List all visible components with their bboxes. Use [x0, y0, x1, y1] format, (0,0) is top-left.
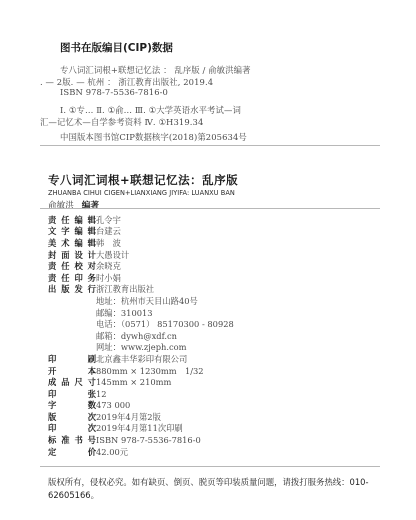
credit-label: 版次 — [48, 411, 96, 423]
credit-row: 责任印务时小娟 — [48, 272, 234, 284]
credit-label: 定价 — [48, 446, 96, 458]
credit-value: 网址：www.zjeph.com — [96, 341, 187, 353]
cip-line-title: 专八词汇词根+联想记忆法 ： 乱序版 / 俞敏洪编著 — [60, 64, 251, 76]
author-name: 俞敏洪 — [48, 201, 74, 211]
credit-value: 145mm × 210mm — [96, 377, 171, 387]
copyright-notice: 版权所有，侵权必究。如有缺页、倒页、脱页等印装质量问题，请拨打服务热线：010-… — [48, 476, 378, 501]
credit-label: 标准书号 — [48, 434, 96, 446]
credit-value: 大愚设计 — [96, 249, 129, 261]
cip-line-isbn: ISBN 978-7-5536-7816-0 — [60, 87, 168, 97]
credit-label: 印次 — [48, 422, 96, 434]
credit-value: 台建云 — [96, 225, 121, 237]
credit-value: 2019年4月第11次印刷 — [96, 422, 183, 434]
credit-row: 责任编辑孔令宇 — [48, 214, 234, 226]
credit-row: 责任校对余晓克 — [48, 260, 234, 272]
credit-value: 2019年4月第2版 — [96, 411, 161, 423]
credit-row: 邮编：310013 — [48, 307, 234, 319]
credit-label: 开本 — [48, 365, 96, 377]
credit-label: 印张 — [48, 388, 96, 400]
author-role: 编著 — [82, 201, 99, 211]
credit-value: 地址：杭州市天目山路40号 — [96, 295, 198, 307]
credit-value: 韩 波 — [96, 237, 121, 249]
credit-value: 浙江教育出版社 — [96, 283, 154, 295]
credit-value: 42.00元 — [96, 446, 128, 458]
credit-value: 880mm × 1230mm 1/32 — [96, 365, 204, 377]
credit-row: 封面设计大愚设计 — [48, 249, 234, 261]
cip-heading: 图书在版编目(CIP)数据 — [60, 40, 173, 55]
credit-label: 字数 — [48, 399, 96, 411]
credit-label: 出版发行 — [48, 283, 96, 295]
credit-row: 印次2019年4月第11次印刷 — [48, 423, 234, 435]
credit-row: 定价42.00元 — [48, 446, 234, 458]
book-title: 专八词汇词根+联想记忆法：乱序版 — [48, 172, 238, 188]
credit-value: 孔令宇 — [96, 214, 121, 226]
credit-row: 字数473 000 — [48, 400, 234, 412]
credit-label: 责任编辑 — [48, 214, 96, 226]
credit-row: 电话：（0571） 85170300 - 80928 — [48, 318, 234, 330]
credit-row: 出版发行浙江教育出版社 — [48, 284, 234, 296]
credit-label: 责任印务 — [48, 272, 96, 284]
credit-row: 美术编辑韩 波 — [48, 237, 234, 249]
book-author: 俞敏洪编著 — [48, 199, 99, 211]
credit-value: 时小娟 — [96, 272, 121, 284]
credit-row: 版次2019年4月第2版 — [48, 411, 234, 423]
credit-label: 印刷 — [48, 353, 96, 365]
credit-row: 印刷北京鑫丰华彩印有限公司 — [48, 353, 234, 365]
credit-value: ISBN 978-7-5536-7816-0 — [96, 435, 201, 445]
credit-row: 成品尺寸145mm × 210mm — [48, 376, 234, 388]
cip-line-subject-2: 汇—记忆术—自学参考资料 Ⅳ. ①H319.34 — [40, 116, 203, 128]
cip-line-subject-1: Ⅰ. ①专… Ⅱ. ①俞… Ⅲ. ①大学英语水平考试—词 — [60, 104, 241, 116]
book-pinyin-title: ZHUANBA CIHUI CIGEN+LIANXIANG JIYIFA: LU… — [48, 189, 235, 197]
credit-label: 美术编辑 — [48, 237, 96, 249]
credit-value: 12 — [96, 389, 107, 399]
credit-value: 邮箱：dywh@xdf.cn — [96, 330, 177, 342]
credit-value: 北京鑫丰华彩印有限公司 — [96, 353, 187, 365]
credit-value: 邮编：310013 — [96, 307, 153, 319]
divider-top — [40, 145, 380, 146]
credit-row: 标准书号ISBN 978-7-5536-7816-0 — [48, 434, 234, 446]
divider-middle — [40, 208, 380, 209]
credit-label: 封面设计 — [48, 249, 96, 261]
credit-label: 成品尺寸 — [48, 376, 96, 388]
credit-value: 余晓克 — [96, 260, 121, 272]
credit-row: 网址：www.zjeph.com — [48, 342, 234, 354]
divider-bottom — [40, 466, 380, 467]
credit-label: 责任校对 — [48, 260, 96, 272]
credit-row: 文字编辑台建云 — [48, 226, 234, 238]
credit-row: 开本880mm × 1230mm 1/32 — [48, 365, 234, 377]
credits-list: 责任编辑孔令宇文字编辑台建云美术编辑韩 波封面设计大愚设计责任校对余晓克责任印务… — [48, 214, 234, 457]
credit-row: 地址：杭州市天目山路40号 — [48, 295, 234, 307]
credit-label: 文字编辑 — [48, 225, 96, 237]
credit-value: 473 000 — [96, 400, 130, 410]
cip-line-record-number: 中国版本图书馆CIP数据核字(2018)第205634号 — [60, 131, 247, 143]
credit-row: 邮箱：dywh@xdf.cn — [48, 330, 234, 342]
credit-value: 电话：（0571） 85170300 - 80928 — [96, 318, 234, 330]
credit-row: 印张12 — [48, 388, 234, 400]
